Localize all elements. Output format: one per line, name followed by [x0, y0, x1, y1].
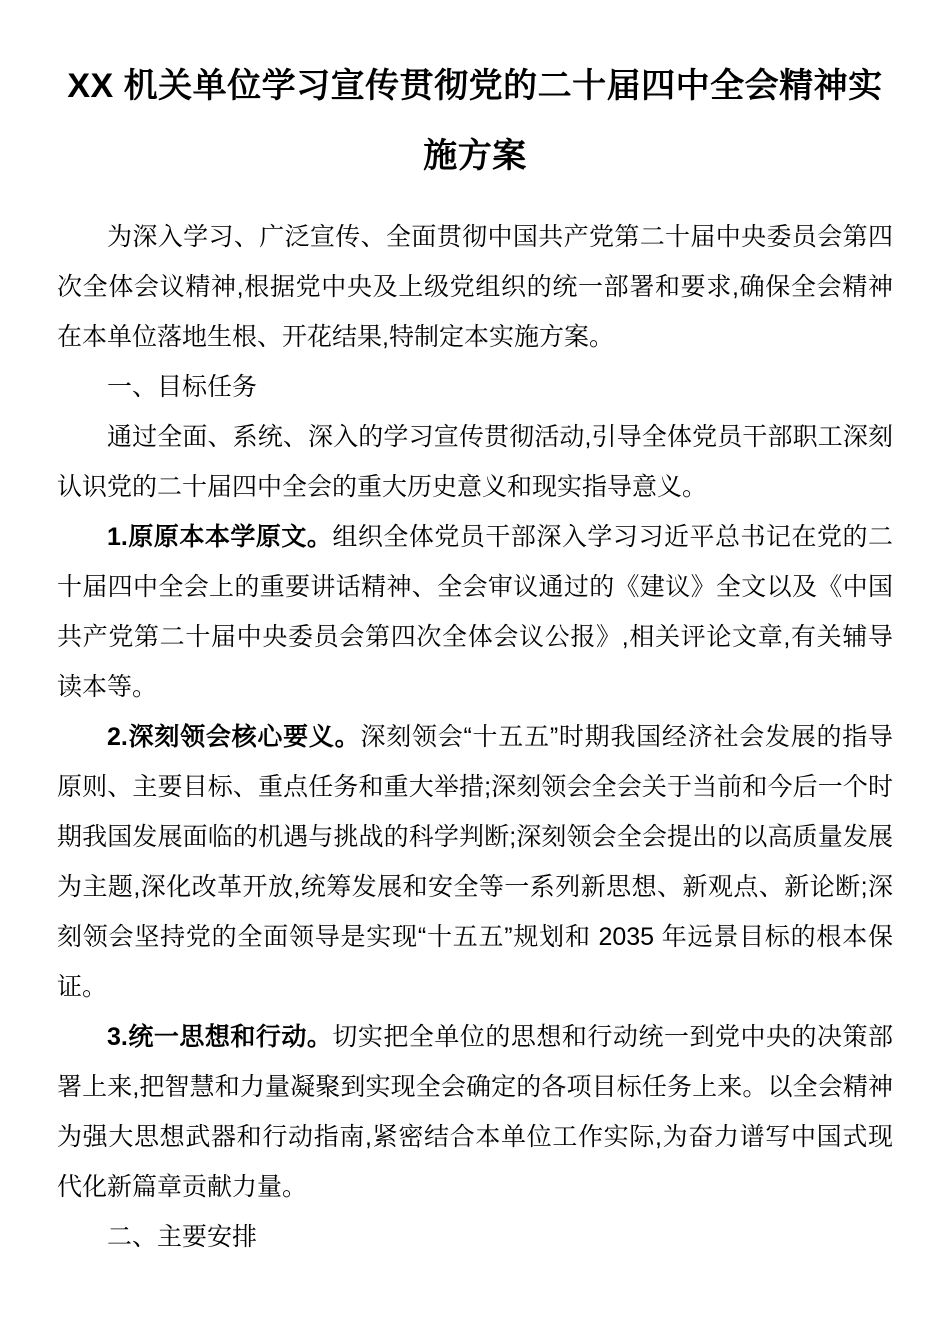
paragraph-lead: 3.统一思想和行动。: [107, 1023, 332, 1051]
paragraph-lead: 1.原原本本学原文。: [107, 523, 332, 551]
paragraph-text: 为深入学习、广泛宣传、全面贯彻中国共产党第二十届中央委员会第四次全体会议精神,根…: [57, 223, 893, 351]
body-paragraph: 为深入学习、广泛宣传、全面贯彻中国共产党第二十届中央委员会第四次全体会议精神,根…: [57, 212, 893, 362]
paragraph-lead: 2.深刻领会核心要义。: [107, 723, 360, 751]
document-body: 为深入学习、广泛宣传、全面贯彻中国共产党第二十届中央委员会第四次全体会议精神,根…: [57, 212, 893, 1262]
section-heading: 二、主要安排: [57, 1212, 893, 1262]
document-page: XX 机关单位学习宣传贯彻党的二十届四中全会精神实施方案 为深入学习、广泛宣传、…: [0, 0, 950, 1344]
section-heading: 一、目标任务: [57, 362, 893, 412]
paragraph-text: 深刻领会“十五五”时期我国经济社会发展的指导原则、主要目标、重点任务和重大举措;…: [57, 723, 893, 1001]
body-paragraph: 2.深刻领会核心要义。深刻领会“十五五”时期我国经济社会发展的指导原则、主要目标…: [57, 712, 893, 1012]
paragraph-text: 通过全面、系统、深入的学习宣传贯彻活动,引导全体党员干部职工深刻认识党的二十届四…: [57, 423, 893, 501]
document-title: XX 机关单位学习宣传贯彻党的二十届四中全会精神实施方案: [57, 51, 893, 191]
body-paragraph: 3.统一思想和行动。切实把全单位的思想和行动统一到党中央的决策部署上来,把智慧和…: [57, 1012, 893, 1212]
paragraph-text: 二、主要安排: [107, 1223, 257, 1251]
paragraph-text: 一、目标任务: [107, 373, 257, 401]
body-paragraph: 通过全面、系统、深入的学习宣传贯彻活动,引导全体党员干部职工深刻认识党的二十届四…: [57, 412, 893, 512]
body-paragraph: 1.原原本本学原文。组织全体党员干部深入学习习近平总书记在党的二十届四中全会上的…: [57, 512, 893, 712]
